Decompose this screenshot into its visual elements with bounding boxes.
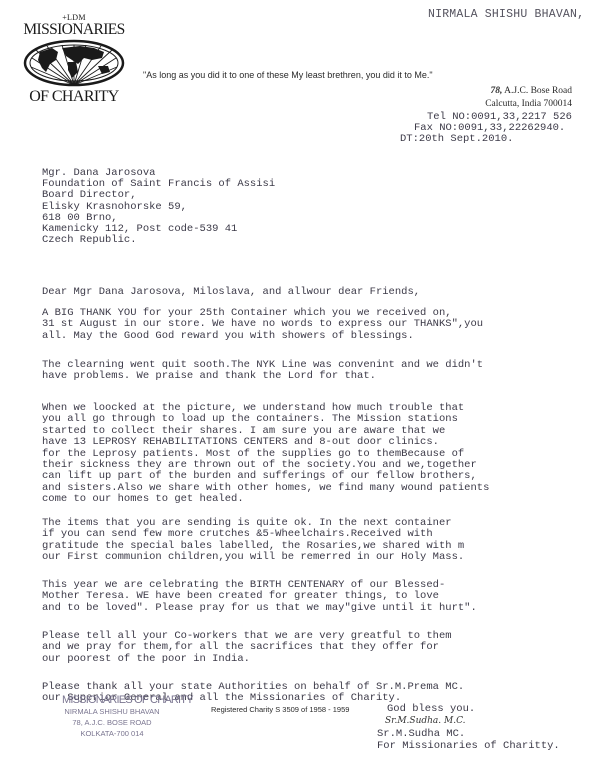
charity-registration: Registered Charity S 3509 of 1958 - 1959 bbox=[211, 705, 349, 714]
paragraph-mission: When we loocked at the picture, we under… bbox=[42, 403, 489, 506]
logo-title-bottom: OF CHARITY bbox=[18, 89, 130, 105]
recipient-line: Board Director, bbox=[42, 190, 275, 201]
paragraph-coworkers: Please tell all your Co-workers that we … bbox=[42, 631, 452, 665]
stamp-title: MISSIONARIES OF CHARITY bbox=[62, 695, 162, 706]
paragraph-clearing: The clearning went quit sooth.The NYK Li… bbox=[42, 360, 483, 383]
handwritten-signature: Sr.M.Sudha. M.C. bbox=[385, 716, 466, 726]
globe-emblem-icon bbox=[22, 38, 126, 88]
motto: "As long as you did it to one of these M… bbox=[143, 70, 433, 80]
letter-date: DT:20th Sept.2010. bbox=[400, 134, 572, 145]
house-name: NIRMALA SHISHU BHAVAN, bbox=[428, 8, 584, 21]
logo-title-top: MISSIONARIES bbox=[18, 22, 130, 37]
signatory-block: Sr.M.Sudha MC. For Missionaries of Chari… bbox=[377, 728, 560, 752]
street-line: 78, A.J.C. Bose Road bbox=[485, 85, 572, 98]
paragraph-centenary: This year we are celebrating the BIRTH C… bbox=[42, 580, 477, 614]
street-number: 78, bbox=[490, 86, 502, 96]
street-name: A.J.C. Bose Road bbox=[504, 86, 572, 96]
paragraph-thank-you: A BIG THANK YOU for your 25th Container … bbox=[42, 308, 483, 342]
salutation: Dear Mgr Dana Jarosova, Miloslava, and a… bbox=[42, 287, 420, 298]
organization-stamp: MISSIONARIES OF CHARITY NIRMALA SHISHU B… bbox=[62, 695, 162, 739]
stamp-line: KOLKATA-700 014 bbox=[62, 728, 162, 739]
stamp-line: 78, A.J.C. BOSE ROAD bbox=[62, 717, 162, 728]
missionaries-of-charity-logo: +LDM MISSIONARIES OF CHARITY bbox=[18, 14, 130, 104]
letterhead-address: 78, A.J.C. Bose Road Calcutta, India 700… bbox=[485, 85, 572, 111]
recipient-line: Czech Republic. bbox=[42, 235, 275, 246]
closing-line: God bless you. bbox=[387, 704, 475, 715]
paragraph-items: The items that you are sending is quite … bbox=[42, 518, 464, 564]
stamp-line: NIRMALA SHISHU BHAVAN bbox=[62, 706, 162, 717]
contact-block: Tel NO:0091,33,2217 526Fax NO:0091,33,22… bbox=[400, 112, 572, 145]
city-line: Calcutta, India 700014 bbox=[485, 98, 572, 111]
recipient-address: Mgr. Dana JarosovaFoundation of Saint Fr… bbox=[42, 168, 275, 246]
